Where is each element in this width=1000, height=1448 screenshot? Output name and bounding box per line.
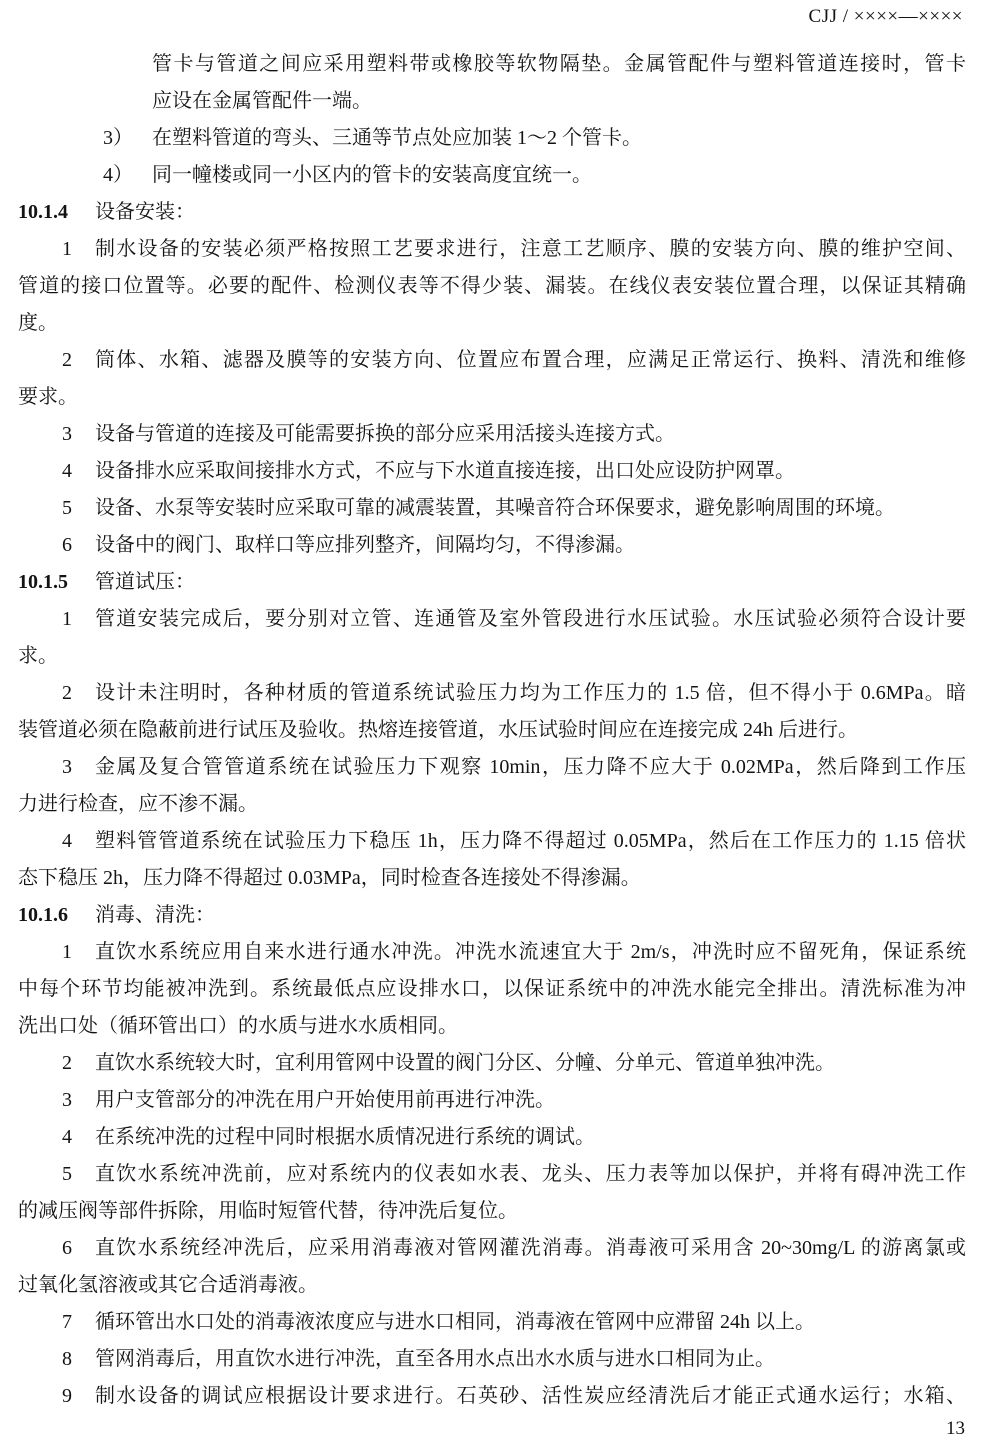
text-line: 3金属及复合管管道系统在试验压力下观察 10min，压力降不应大于 0.02MP… xyxy=(18,749,966,786)
text-line: 过氧化氢溶液或其它合适消毒液。 xyxy=(18,1267,966,1304)
line-text: 洗出口处（循环管出口）的水质与进水水质相同。 xyxy=(18,1008,966,1045)
text-line: 中每个环节均能被冲洗到。系统最低点应设排水口，以保证系统中的冲洗水能完全排出。清… xyxy=(18,971,966,1008)
section-number: 10.1.5 xyxy=(18,564,68,601)
text-line: 3）在塑料管道的弯头、三通等节点处应加装 1～2 个管卡。 xyxy=(18,120,966,157)
line-text: 装管道必须在隐蔽前进行试压及验收。热熔连接管道，水压试验时间应在连接完成 24h… xyxy=(18,712,966,749)
text-line: 5直饮水系统冲洗前，应对系统内的仪表如水表、龙头、压力表等加以保护，并将有碍冲洗… xyxy=(18,1156,966,1193)
line-text: 求。 xyxy=(18,638,966,675)
section-number: 10.1.4 xyxy=(18,194,68,231)
line-text: 管网消毒后，用直饮水进行冲洗，直至各用水点出水水质与进水口相同为止。 xyxy=(95,1341,966,1378)
text-line: 装管道必须在隐蔽前进行试压及验收。热熔连接管道，水压试验时间应在连接完成 24h… xyxy=(18,712,966,749)
item-number: 4 xyxy=(62,453,72,490)
text-line: 要求。 xyxy=(18,379,966,416)
text-line: 1管道安装完成后，要分别对立管、连通管及室外管段进行水压试验。水压试验必须符合设… xyxy=(18,601,966,638)
text-line: 5设备、水泵等安装时应采取可靠的减震装置，其噪音符合环保要求，避免影响周围的环境… xyxy=(18,490,966,527)
line-text: 在系统冲洗的过程中同时根据水质情况进行系统的调试。 xyxy=(95,1119,966,1156)
line-text: 直饮水系统冲洗前，应对系统内的仪表如水表、龙头、压力表等加以保护，并将有碍冲洗工… xyxy=(95,1156,966,1193)
item-number: 2 xyxy=(62,675,72,712)
item-number: 4 xyxy=(62,823,72,860)
text-line: 管道的接口位置等。必要的配件、检测仪表等不得少装、漏装。在线仪表安装位置合理，以… xyxy=(18,268,966,305)
text-line: 3用户支管部分的冲洗在用户开始使用前再进行冲洗。 xyxy=(18,1082,966,1119)
line-text: 力进行检查，应不渗不漏。 xyxy=(18,786,966,823)
page-footer: 13 xyxy=(946,1418,965,1440)
line-text: 直饮水系统经冲洗后，应采用消毒液对管网灌洗消毒。消毒液可采用含 20~30mg/… xyxy=(95,1230,966,1267)
line-text: 设备中的阀门、取样口等应排列整齐，间隔均匀，不得渗漏。 xyxy=(95,527,966,564)
line-text: 设计未注明时，各种材质的管道系统试验压力均为工作压力的 1.5 倍，但不得小于 … xyxy=(95,675,966,712)
line-text: 金属及复合管管道系统在试验压力下观察 10min，压力降不应大于 0.02MPa… xyxy=(95,749,966,786)
line-text: 制水设备的调试应根据设计要求进行。石英砂、活性炭应经清洗后才能正式通水运行；水箱… xyxy=(95,1378,966,1415)
text-line: 3设备与管道的连接及可能需要拆换的部分应采用活接头连接方式。 xyxy=(18,416,966,453)
text-line: 1制水设备的安装必须严格按照工艺要求进行，注意工艺顺序、膜的安装方向、膜的维护空… xyxy=(18,231,966,268)
item-number: 2 xyxy=(62,342,72,379)
text-line: 10.1.4设备安装： xyxy=(18,194,966,231)
text-line: 度。 xyxy=(18,305,966,342)
line-text: 的减压阀等部件拆除，用临时短管代替，待冲洗后复位。 xyxy=(18,1193,966,1230)
item-number: 2 xyxy=(62,1045,72,1082)
standard-code: CJJ / ××××—×××× xyxy=(809,6,963,27)
line-text: 直饮水系统应用自来水进行通水冲洗。冲洗水流速宜大于 2m/s，冲洗时应不留死角，… xyxy=(95,934,966,971)
text-line: 4设备排水应采取间接排水方式，不应与下水道直接连接，出口处应设防护网罩。 xyxy=(18,453,966,490)
text-line: 9制水设备的调试应根据设计要求进行。石英砂、活性炭应经清洗后才能正式通水运行；水… xyxy=(18,1378,966,1415)
text-line: 4）同一幢楼或同一小区内的管卡的安装高度宜统一。 xyxy=(18,157,966,194)
item-number: 9 xyxy=(62,1378,72,1415)
item-number: 7 xyxy=(62,1304,72,1341)
item-number: 5 xyxy=(62,490,72,527)
text-line: 2筒体、水箱、滤器及膜等的安装方向、位置应布置合理，应满足正常运行、换料、清洗和… xyxy=(18,342,966,379)
text-line: 2设计未注明时，各种材质的管道系统试验压力均为工作压力的 1.5 倍，但不得小于… xyxy=(18,675,966,712)
item-number: 1 xyxy=(62,601,72,638)
text-line: 应设在金属管配件一端。 xyxy=(18,83,966,120)
line-text: 态下稳压 2h，压力降不得超过 0.03MPa，同时检查各连接处不得渗漏。 xyxy=(18,860,966,897)
line-text: 要求。 xyxy=(18,379,966,416)
text-line: 8管网消毒后，用直饮水进行冲洗，直至各用水点出水水质与进水口相同为止。 xyxy=(18,1341,966,1378)
line-text: 直饮水系统较大时，宜利用管网中设置的阀门分区、分幢、分单元、管道单独冲洗。 xyxy=(95,1045,966,1082)
line-text: 用户支管部分的冲洗在用户开始使用前再进行冲洗。 xyxy=(95,1082,966,1119)
item-number: 6 xyxy=(62,527,72,564)
text-line: 4塑料管管道系统在试验压力下稳压 1h，压力降不得超过 0.05MPa，然后在工… xyxy=(18,823,966,860)
line-text: 消毒、清洗： xyxy=(95,897,966,934)
item-number: 1 xyxy=(62,934,72,971)
document-body: 管卡与管道之间应采用塑料带或橡胶等软物隔垫。金属管配件与塑料管道连接时，管卡应设… xyxy=(18,46,966,1415)
page-header: CJJ / ××××—×××× xyxy=(809,6,963,28)
item-number: 4） xyxy=(103,157,133,194)
text-line: 1直饮水系统应用自来水进行通水冲洗。冲洗水流速宜大于 2m/s，冲洗时应不留死角… xyxy=(18,934,966,971)
line-text: 中每个环节均能被冲洗到。系统最低点应设排水口，以保证系统中的冲洗水能完全排出。清… xyxy=(18,971,966,1008)
line-text: 设备排水应采取间接排水方式，不应与下水道直接连接，出口处应设防护网罩。 xyxy=(95,453,966,490)
text-line: 10.1.5管道试压： xyxy=(18,564,966,601)
line-text: 管卡与管道之间应采用塑料带或橡胶等软物隔垫。金属管配件与塑料管道连接时，管卡 xyxy=(152,46,966,83)
line-text: 管道的接口位置等。必要的配件、检测仪表等不得少装、漏装。在线仪表安装位置合理，以… xyxy=(18,268,966,305)
line-text: 设备、水泵等安装时应采取可靠的减震装置，其噪音符合环保要求，避免影响周围的环境。 xyxy=(95,490,966,527)
document-page: CJJ / ××××—×××× 管卡与管道之间应采用塑料带或橡胶等软物隔垫。金属… xyxy=(0,0,1000,1448)
text-line: 6直饮水系统经冲洗后，应采用消毒液对管网灌洗消毒。消毒液可采用含 20~30mg… xyxy=(18,1230,966,1267)
page-number: 13 xyxy=(946,1418,965,1439)
text-line: 的减压阀等部件拆除，用临时短管代替，待冲洗后复位。 xyxy=(18,1193,966,1230)
item-number: 3） xyxy=(103,120,133,157)
line-text: 制水设备的安装必须严格按照工艺要求进行，注意工艺顺序、膜的安装方向、膜的维护空间… xyxy=(95,231,966,268)
line-text: 在塑料管道的弯头、三通等节点处应加装 1～2 个管卡。 xyxy=(152,120,966,157)
line-text: 循环管出水口处的消毒液浓度应与进水口相同，消毒液在管网中应滞留 24h 以上。 xyxy=(95,1304,966,1341)
line-text: 设备与管道的连接及可能需要拆换的部分应采用活接头连接方式。 xyxy=(95,416,966,453)
item-number: 5 xyxy=(62,1156,72,1193)
text-line: 7循环管出水口处的消毒液浓度应与进水口相同，消毒液在管网中应滞留 24h 以上。 xyxy=(18,1304,966,1341)
item-number: 3 xyxy=(62,1082,72,1119)
line-text: 设备安装： xyxy=(95,194,966,231)
text-line: 6设备中的阀门、取样口等应排列整齐，间隔均匀，不得渗漏。 xyxy=(18,527,966,564)
text-line: 4在系统冲洗的过程中同时根据水质情况进行系统的调试。 xyxy=(18,1119,966,1156)
text-line: 洗出口处（循环管出口）的水质与进水水质相同。 xyxy=(18,1008,966,1045)
line-text: 塑料管管道系统在试验压力下稳压 1h，压力降不得超过 0.05MPa，然后在工作… xyxy=(95,823,966,860)
line-text: 筒体、水箱、滤器及膜等的安装方向、位置应布置合理，应满足正常运行、换料、清洗和维… xyxy=(95,342,966,379)
item-number: 3 xyxy=(62,416,72,453)
text-line: 10.1.6消毒、清洗： xyxy=(18,897,966,934)
line-text: 同一幢楼或同一小区内的管卡的安装高度宜统一。 xyxy=(152,157,966,194)
item-number: 8 xyxy=(62,1341,72,1378)
line-text: 过氧化氢溶液或其它合适消毒液。 xyxy=(18,1267,966,1304)
line-text: 管道试压： xyxy=(95,564,966,601)
section-number: 10.1.6 xyxy=(18,897,68,934)
text-line: 管卡与管道之间应采用塑料带或橡胶等软物隔垫。金属管配件与塑料管道连接时，管卡 xyxy=(18,46,966,83)
line-text: 度。 xyxy=(18,305,966,342)
line-text: 应设在金属管配件一端。 xyxy=(152,83,966,120)
item-number: 6 xyxy=(62,1230,72,1267)
item-number: 4 xyxy=(62,1119,72,1156)
text-line: 2直饮水系统较大时，宜利用管网中设置的阀门分区、分幢、分单元、管道单独冲洗。 xyxy=(18,1045,966,1082)
text-line: 力进行检查，应不渗不漏。 xyxy=(18,786,966,823)
text-line: 求。 xyxy=(18,638,966,675)
text-line: 态下稳压 2h，压力降不得超过 0.03MPa，同时检查各连接处不得渗漏。 xyxy=(18,860,966,897)
item-number: 3 xyxy=(62,749,72,786)
line-text: 管道安装完成后，要分别对立管、连通管及室外管段进行水压试验。水压试验必须符合设计… xyxy=(95,601,966,638)
item-number: 1 xyxy=(62,231,72,268)
